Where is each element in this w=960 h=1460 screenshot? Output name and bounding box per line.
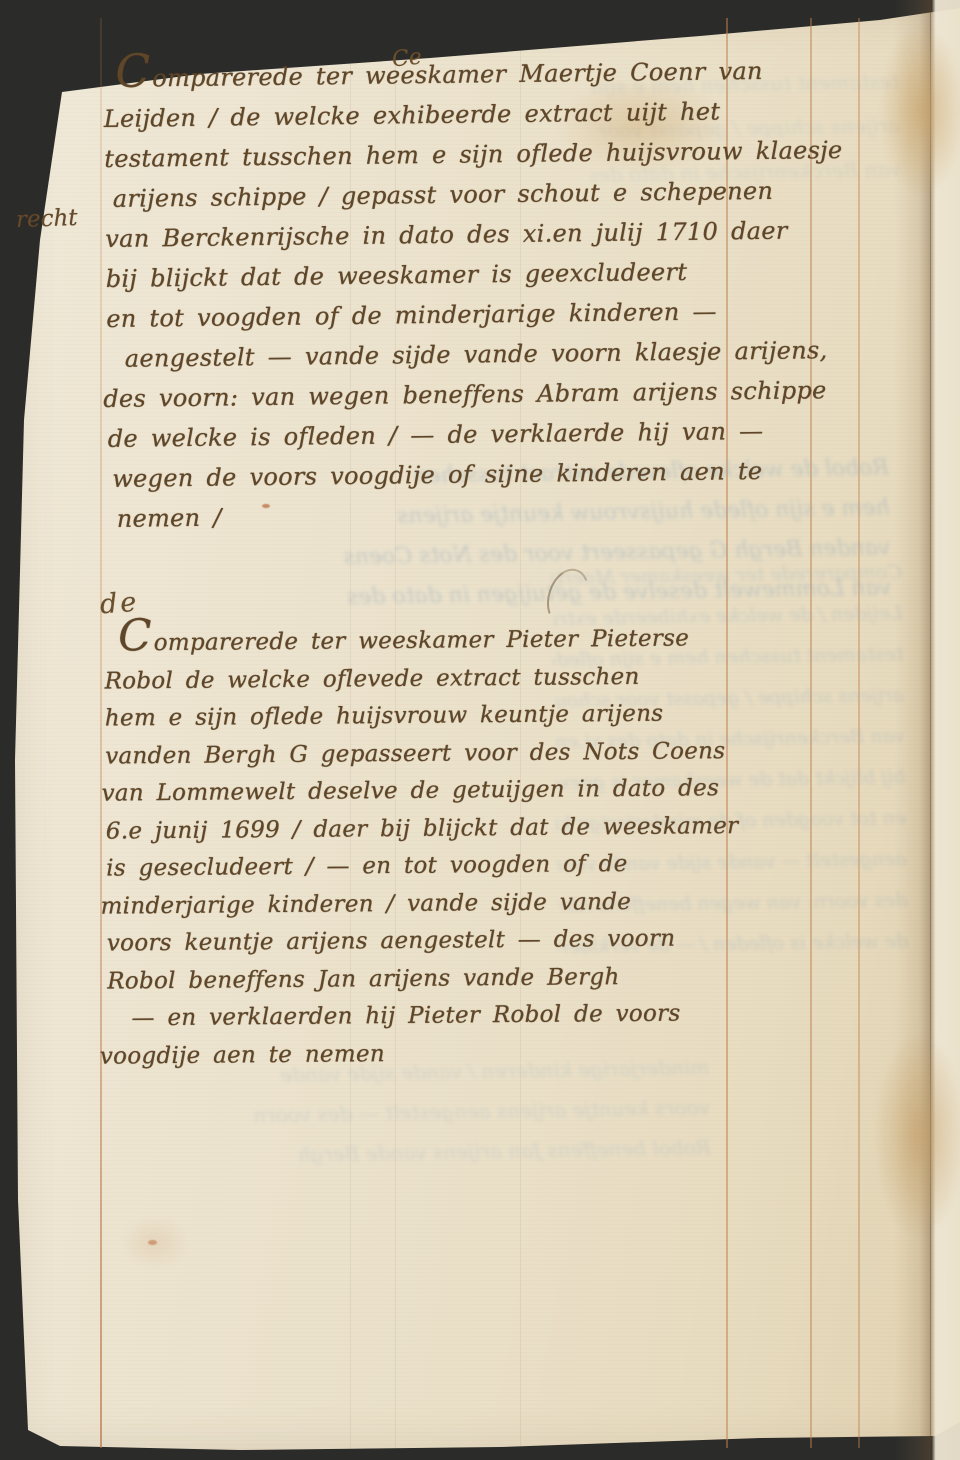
page-fold-crease <box>930 6 931 1442</box>
handwritten-paragraph-2: Comparerede ter weeskamer Pieter Pieters… <box>104 618 918 1075</box>
handwriting-line: voogdije aen te nemen <box>100 1031 918 1076</box>
manuscript-scan: Robol de welcke oflevede extract tussche… <box>0 0 960 1460</box>
scan-background: { "document": { "kind": "17th-18th centu… <box>0 0 960 1460</box>
handwritten-paragraph-1: Comparerede ter weeskamer Maertje Coenr … <box>103 49 919 539</box>
margin-note: recht <box>16 205 78 233</box>
margin-rule-left <box>100 18 102 1448</box>
